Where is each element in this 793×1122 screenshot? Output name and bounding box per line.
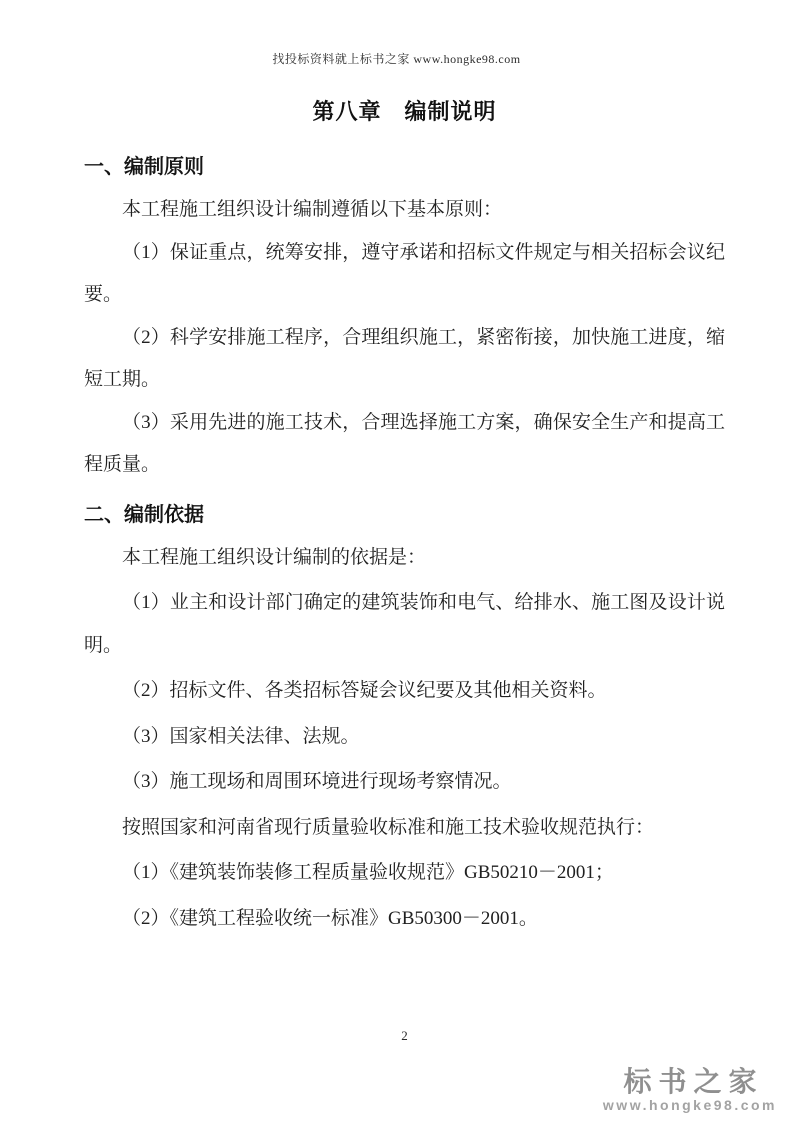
watermark: 标书之家 www.hongke98.com (603, 1067, 777, 1114)
document-content: 第八章 编制说明 一、编制原则 本工程施工组织设计编制遵循以下基本原则： （1）… (84, 92, 725, 943)
watermark-brand-logo: 标书之家 (603, 1067, 777, 1097)
paragraph: （1）保证重点，统筹安排，遵守承诺和招标文件规定与相关招标会议纪要。 (84, 232, 725, 317)
paragraph: （2）科学安排施工程序，合理组织施工，紧密衔接，加快施工进度，缩短工期。 (84, 317, 725, 402)
document-page: 找投标资料就上标书之家 www.hongke98.com 第八章 编制说明 一、… (0, 0, 793, 1122)
document-title: 第八章 编制说明 (84, 92, 725, 132)
paragraph: （3）采用先进的施工技术，合理选择施工方案，确保安全生产和提高工程质量。 (84, 402, 725, 487)
paragraph: （3）国家相关法律、法规。 (84, 716, 725, 759)
page-number: 2 (84, 1028, 725, 1044)
page-header: 找投标资料就上标书之家 www.hongke98.com (0, 50, 793, 67)
paragraph: （1）《建筑装饰装修工程质量验收规范》GB50210－2001； (84, 852, 725, 895)
paragraph: （1）业主和设计部门确定的建筑装饰和电气、给排水、施工图及设计说明。 (84, 582, 725, 667)
paragraph: （2）招标文件、各类招标答疑会议纪要及其他相关资料。 (84, 670, 725, 713)
section-heading-basis: 二、编制依据 (84, 493, 725, 537)
paragraph: 本工程施工组织设计编制遵循以下基本原则： (84, 189, 725, 232)
paragraph: （3）施工现场和周围环境进行现场考察情况。 (84, 761, 725, 804)
paragraph: 本工程施工组织设计编制的依据是： (84, 537, 725, 580)
paragraph: （2）《建筑工程验收统一标准》GB50300－2001。 (84, 898, 725, 941)
header-text: 找投标资料就上标书之家 www.hongke98.com (272, 52, 520, 66)
watermark-url: www.hongke98.com (603, 1097, 777, 1114)
paragraph: 按照国家和河南省现行质量验收标准和施工技术验收规范执行： (84, 807, 725, 850)
section-heading-principles: 一、编制原则 (84, 145, 725, 189)
